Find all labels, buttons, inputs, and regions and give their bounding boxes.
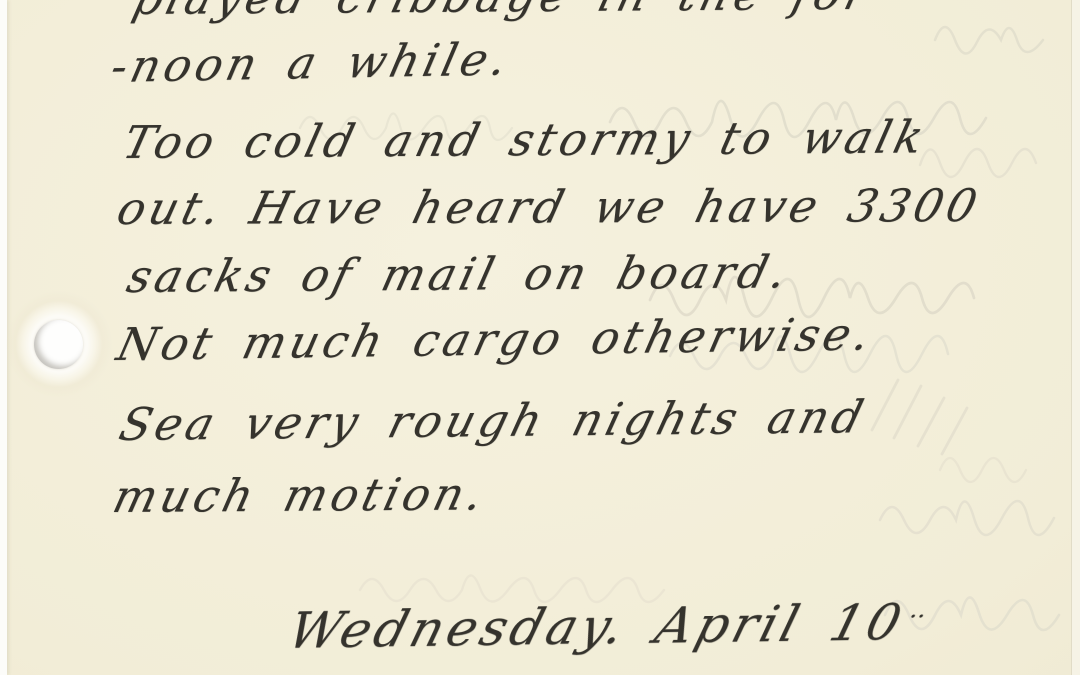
handwriting-line-4: out. Have heard we have 3300 (112, 179, 986, 235)
date-heading: Wednesday. April 10‥ (282, 593, 932, 660)
ghost-stroke (935, 27, 1043, 54)
ghost-stroke (872, 380, 967, 454)
punch-hole (34, 320, 83, 369)
handwriting-line-6: Not much cargo otherwise. (112, 308, 879, 371)
handwriting-line-8: much motion. (108, 467, 492, 523)
scan-right-edge (1071, 0, 1080, 675)
ghost-stroke (920, 149, 1036, 177)
ghost-stroke (880, 501, 1054, 535)
handwriting-line-2: -noon a while. (106, 32, 516, 93)
ghost-stroke (940, 458, 1026, 482)
date-heading-text: Wednesday. April 10 (282, 593, 911, 660)
handwriting-line-3: Too cold and stormy to walk (118, 110, 933, 169)
handwriting-line-5: sacks of mail on board. (122, 245, 796, 303)
handwriting-line-7: Sea very rough nights and (114, 390, 873, 451)
diary-page: played cribbage in the for -noon a while… (0, 0, 1080, 675)
